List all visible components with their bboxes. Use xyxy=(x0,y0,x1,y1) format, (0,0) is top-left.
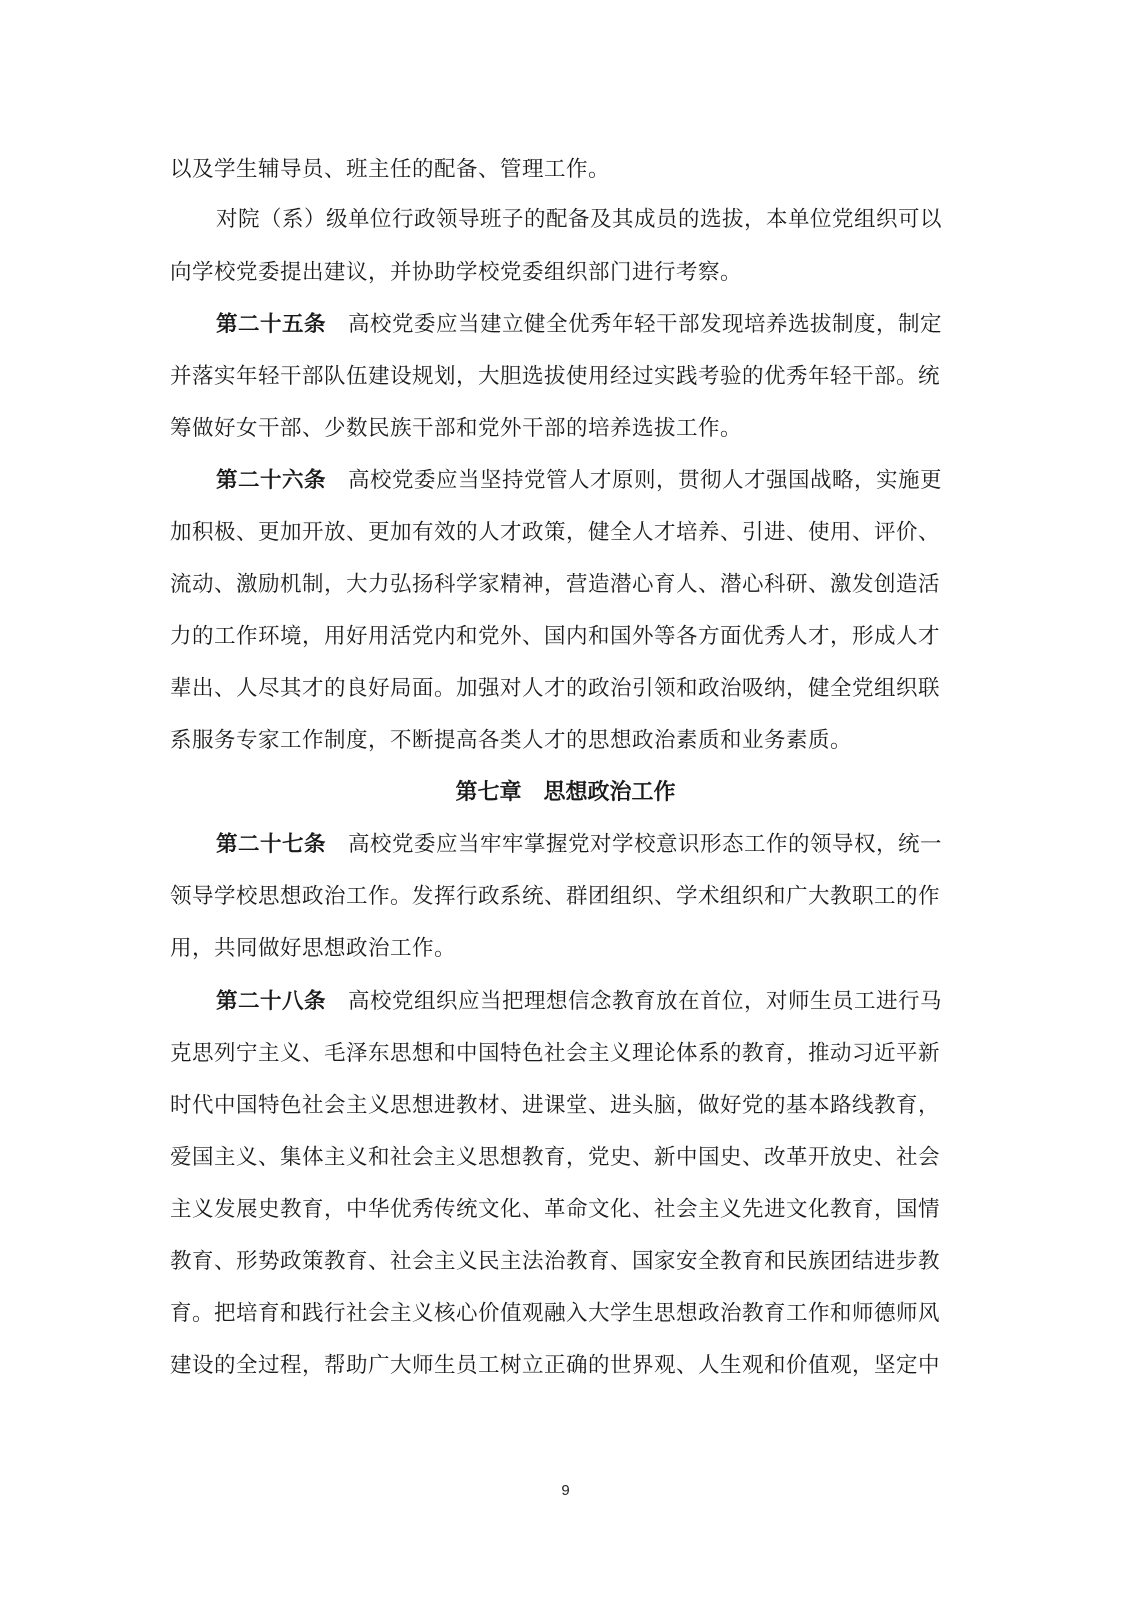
line-text: 时代中国特色社会主义思想进教材、进课堂、进头脑，做好党的基本路线教育， xyxy=(170,1093,940,1118)
line-text: 并落实年轻干部队伍建设规划，大胆选拔使用经过实践考验的优秀年轻干部。统 xyxy=(170,364,940,389)
chapter-heading: 第七章 思想政治工作 xyxy=(0,778,1131,808)
article-label: 第二十七条 xyxy=(216,832,326,857)
line-text: 力的工作环境，用好用活党内和党外、国内和国外等各方面优秀人才，形成人才 xyxy=(170,624,940,649)
article-label: 第二十八条 xyxy=(216,989,326,1014)
text-line: 教育、形势政策教育、社会主义民主法治教育、国家安全教育和民族团结进步教 xyxy=(170,1247,940,1277)
line-text: 领导学校思想政治工作。发挥行政系统、群团组织、学术组织和广大教职工的作 xyxy=(170,884,940,909)
text-line: 系服务专家工作制度，不断提高各类人才的思想政治素质和业务素质。 xyxy=(170,726,940,756)
text-line: 加积极、更加开放、更加有效的人才政策，健全人才培养、引进、使用、评价、 xyxy=(170,518,940,548)
text-line: 主义发展史教育，中华优秀传统文化、革命文化、社会主义先进文化教育，国情 xyxy=(170,1195,940,1225)
text-line: 时代中国特色社会主义思想进教材、进课堂、进头脑，做好党的基本路线教育， xyxy=(170,1091,940,1121)
text-line: 领导学校思想政治工作。发挥行政系统、群团组织、学术组织和广大教职工的作 xyxy=(170,882,940,912)
article-line: 第二十五条 高校党委应当建立健全优秀年轻干部发现培养选拔制度，制定 xyxy=(216,310,940,340)
line-text: 高校党委应当建立健全优秀年轻干部发现培养选拔制度，制定 xyxy=(326,312,942,337)
text-line: 筹做好女干部、少数民族干部和党外干部的培养选拔工作。 xyxy=(170,414,940,444)
line-text: 建设的全过程，帮助广大师生员工树立正确的世界观、人生观和价值观，坚定中 xyxy=(170,1353,940,1378)
document-page: 以及学生辅导员、班主任的配备、管理工作。对院（系）级单位行政领导班子的配备及其成… xyxy=(0,0,1131,1600)
text-line: 并落实年轻干部队伍建设规划，大胆选拔使用经过实践考验的优秀年轻干部。统 xyxy=(170,362,940,392)
line-text: 育。把培育和践行社会主义核心价值观融入大学生思想政治教育工作和师德师风 xyxy=(170,1301,940,1326)
article-line: 第二十七条 高校党委应当牢牢掌握党对学校意识形态工作的领导权，统一 xyxy=(216,830,940,860)
line-text: 辈出、人尽其才的良好局面。加强对人才的政治引领和政治吸纳，健全党组织联 xyxy=(170,676,940,701)
line-text: 以及学生辅导员、班主任的配备、管理工作。 xyxy=(170,157,610,182)
line-text: 流动、激励机制，大力弘扬科学家精神，营造潜心育人、潜心科研、激发创造活 xyxy=(170,572,940,597)
article-line: 第二十六条 高校党委应当坚持党管人才原则，贯彻人才强国战略，实施更 xyxy=(216,466,940,496)
line-text: 教育、形势政策教育、社会主义民主法治教育、国家安全教育和民族团结进步教 xyxy=(170,1249,940,1274)
text-line: 育。把培育和践行社会主义核心价值观融入大学生思想政治教育工作和师德师风 xyxy=(170,1299,940,1329)
page-number: 9 xyxy=(0,1482,1131,1499)
line-text: 用，共同做好思想政治工作。 xyxy=(170,936,456,961)
text-line: 爱国主义、集体主义和社会主义思想教育，党史、新中国史、改革开放史、社会 xyxy=(170,1143,940,1173)
line-text: 向学校党委提出建议，并协助学校党委组织部门进行考察。 xyxy=(170,260,742,285)
text-line: 用，共同做好思想政治工作。 xyxy=(170,934,940,964)
text-line: 向学校党委提出建议，并协助学校党委组织部门进行考察。 xyxy=(170,258,940,288)
line-text: 筹做好女干部、少数民族干部和党外干部的培养选拔工作。 xyxy=(170,416,742,441)
line-text: 爱国主义、集体主义和社会主义思想教育，党史、新中国史、改革开放史、社会 xyxy=(170,1145,940,1170)
text-line: 辈出、人尽其才的良好局面。加强对人才的政治引领和政治吸纳，健全党组织联 xyxy=(170,674,940,704)
line-text: 高校党委应当牢牢掌握党对学校意识形态工作的领导权，统一 xyxy=(326,832,942,857)
line-text: 高校党组织应当把理想信念教育放在首位，对师生员工进行马 xyxy=(326,989,942,1014)
text-line: 建设的全过程，帮助广大师生员工树立正确的世界观、人生观和价值观，坚定中 xyxy=(170,1351,940,1381)
text-line: 力的工作环境，用好用活党内和党外、国内和国外等各方面优秀人才，形成人才 xyxy=(170,622,940,652)
line-text: 系服务专家工作制度，不断提高各类人才的思想政治素质和业务素质。 xyxy=(170,728,852,753)
line-text: 主义发展史教育，中华优秀传统文化、革命文化、社会主义先进文化教育，国情 xyxy=(170,1197,940,1222)
line-text: 克思列宁主义、毛泽东思想和中国特色社会主义理论体系的教育，推动习近平新 xyxy=(170,1041,940,1066)
line-text: 对院（系）级单位行政领导班子的配备及其成员的选拔，本单位党组织可以 xyxy=(216,207,942,232)
line-text: 加积极、更加开放、更加有效的人才政策，健全人才培养、引进、使用、评价、 xyxy=(170,520,940,545)
article-label: 第二十六条 xyxy=(216,468,326,493)
text-line: 对院（系）级单位行政领导班子的配备及其成员的选拔，本单位党组织可以 xyxy=(216,205,940,235)
text-line: 以及学生辅导员、班主任的配备、管理工作。 xyxy=(170,155,940,185)
article-label: 第二十五条 xyxy=(216,312,326,337)
text-line: 克思列宁主义、毛泽东思想和中国特色社会主义理论体系的教育，推动习近平新 xyxy=(170,1039,940,1069)
text-line: 流动、激励机制，大力弘扬科学家精神，营造潜心育人、潜心科研、激发创造活 xyxy=(170,570,940,600)
article-line: 第二十八条 高校党组织应当把理想信念教育放在首位，对师生员工进行马 xyxy=(216,987,940,1017)
line-text: 高校党委应当坚持党管人才原则，贯彻人才强国战略，实施更 xyxy=(326,468,942,493)
